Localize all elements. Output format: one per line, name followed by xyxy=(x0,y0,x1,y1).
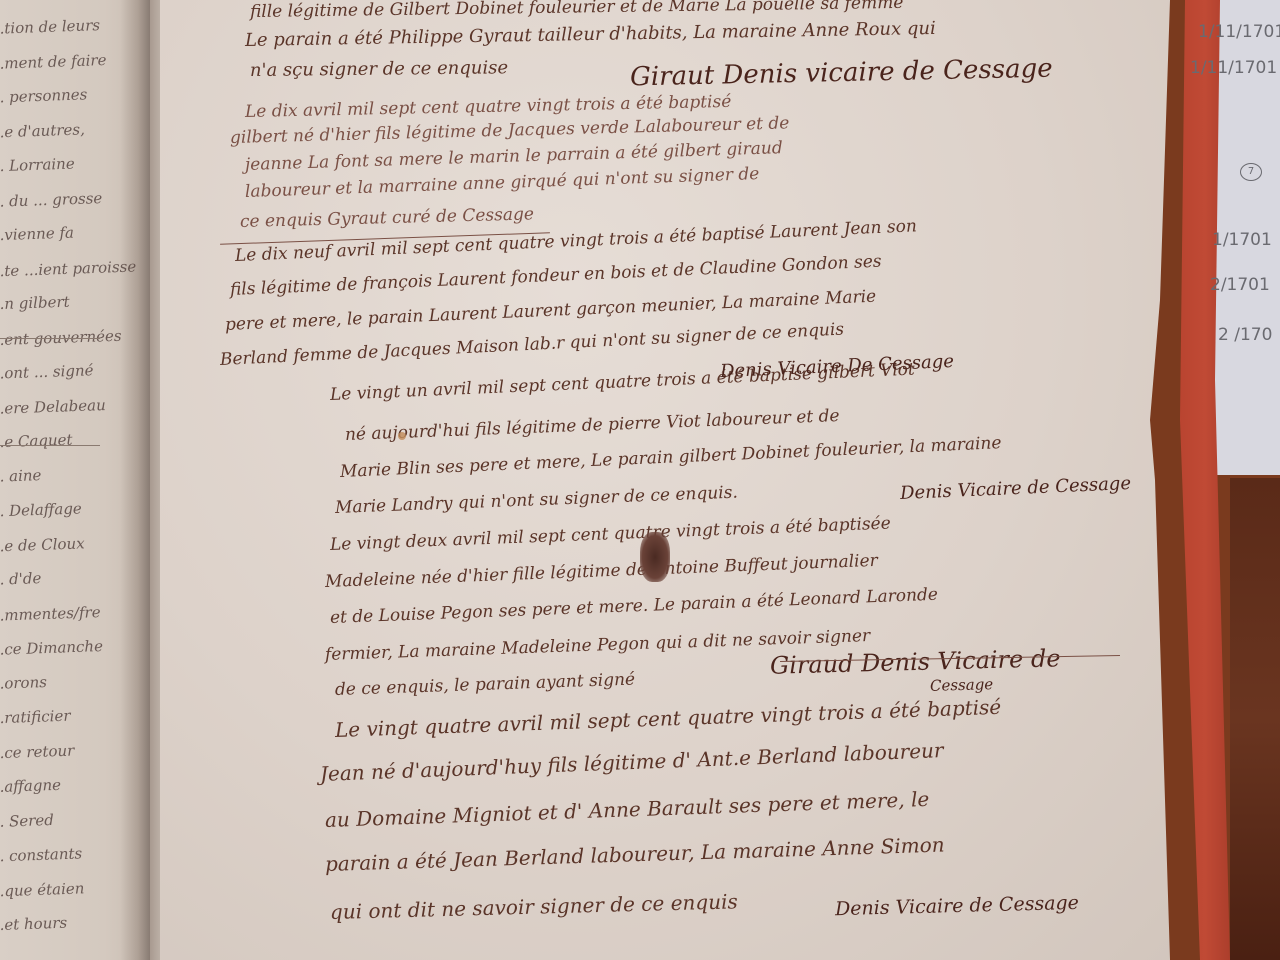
handwritten-line: n'a sçu signer de ce enquise xyxy=(250,57,508,81)
handwritten-line: Jean né d'aujourd'huy fils légitime d' A… xyxy=(320,738,944,786)
handwritten-line: parain a été Jean Berland laboureur, La … xyxy=(325,833,945,876)
left-page-line: ... Lorraine xyxy=(0,155,75,176)
left-page-line: ...et hours xyxy=(0,914,67,935)
handwritten-line: Le vingt deux avril mil sept cent quatre… xyxy=(330,513,891,555)
vicar-signature: Giraud Denis Vicaire de xyxy=(770,644,1061,680)
left-page-line: ...e Caquet xyxy=(0,431,73,452)
left-page-line: ... d'de xyxy=(0,569,42,589)
handwritten-line: Le vingt quatre avril mil sept cent quat… xyxy=(335,695,1002,742)
handwritten-line: qui ont dit ne savoir signer de ce enqui… xyxy=(330,889,738,924)
date-note: 2 /170 xyxy=(1218,325,1272,345)
left-page-line: ... Sered xyxy=(0,810,54,830)
left-page-line: ...vienne fa xyxy=(0,224,74,245)
left-page: ...tion de leurs...ment de faire... pers… xyxy=(0,0,150,960)
left-page-line: ...ere Delabeau xyxy=(0,395,106,417)
vicar-signature: Denis Vicaire de Cessage xyxy=(900,473,1132,504)
handwritten-line: fille légitime de Gilbert Dobinet fouleu… xyxy=(250,0,904,22)
handwritten-line: Madeleine née d'hier fille légitime de A… xyxy=(325,551,879,592)
left-page-line: ...n gilbert xyxy=(0,293,70,314)
left-page-line: ...ont ... signé xyxy=(0,361,94,383)
left-page-line: ...e d'autres, xyxy=(0,120,85,141)
left-page-line: ...affagne xyxy=(0,776,61,796)
left-page-line: ...ce retour xyxy=(0,741,75,762)
handwritten-line: Le parain a été Philippe Gyraut tailleur… xyxy=(245,18,936,51)
left-page-line: ...orons xyxy=(0,673,47,693)
vicar-signature: Cessage xyxy=(930,675,994,695)
date-note: 1/11/1701 xyxy=(1190,58,1277,78)
date-note: 1/1701 xyxy=(1212,230,1272,250)
circled-number: 7 xyxy=(1240,163,1262,181)
handwritten-line: et de Louise Pegon ses pere et mere. Le … xyxy=(330,585,939,628)
date-note: 2/1701 xyxy=(1210,275,1270,295)
handwritten-line: de ce enquis, le parain ayant signé xyxy=(335,670,636,700)
register-page: fille légitime de Gilbert Dobinet fouleu… xyxy=(160,0,1180,960)
left-page-line: ...ce Dimanche xyxy=(0,637,103,659)
left-page-line: ...tion de leurs xyxy=(0,16,100,38)
desk-surface xyxy=(1230,478,1280,960)
vicar-signature: Giraut Denis vicaire de Cessage xyxy=(630,54,1053,93)
left-page-line: ... aine xyxy=(0,466,42,486)
left-page-line: ...que étaien xyxy=(0,879,85,900)
handwritten-line: au Domaine Migniot et d' Anne Barault se… xyxy=(325,787,930,832)
paper-stain xyxy=(398,432,406,440)
divider xyxy=(0,338,100,339)
left-page-line: ...ratificier xyxy=(0,707,71,728)
handwritten-line: ce enquis Gyraut curé de Cessage xyxy=(240,204,534,232)
handwritten-line: Marie Landry qui n'ont su signer de ce e… xyxy=(335,483,739,518)
left-page-line: ...ment de faire xyxy=(0,50,107,72)
left-page-line: ...e de Cloux xyxy=(0,534,85,555)
left-page-line: ... du ... grosse xyxy=(0,189,103,211)
left-page-line: ...te ...ient paroisse xyxy=(0,257,137,280)
page-gutter xyxy=(120,0,150,960)
ink-blot xyxy=(640,532,670,582)
handwritten-line: né aujourd'hui fils légitime de pierre V… xyxy=(345,406,840,445)
divider xyxy=(0,445,100,446)
left-page-line: ...mmentes/fre xyxy=(0,603,101,625)
left-page-line: ... constants xyxy=(0,844,83,865)
left-page-line: ... personnes xyxy=(0,85,88,106)
left-page-line: ... Delaffage xyxy=(0,499,82,520)
date-note: 1/11/1701 g xyxy=(1198,22,1280,42)
vicar-signature: Denis Vicaire de Cessage xyxy=(835,892,1079,920)
